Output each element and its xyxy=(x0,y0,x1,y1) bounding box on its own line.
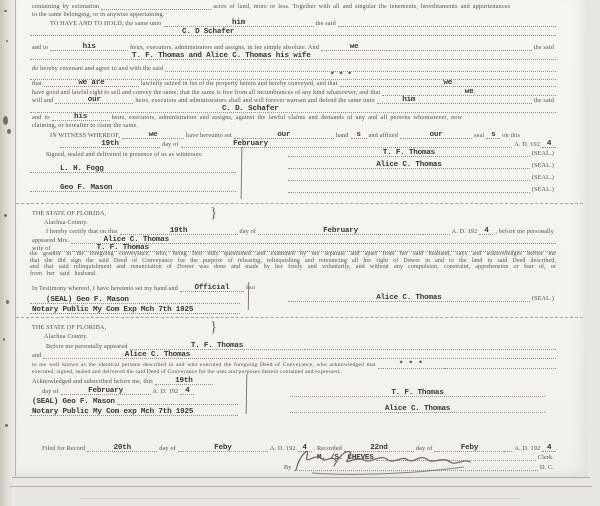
typed-entry: February xyxy=(86,387,125,395)
witness-signature-mason: Geo F. Mason xyxy=(30,182,236,192)
printed-text: A. D. 192 xyxy=(151,388,181,395)
dotted-leader: T. F. Thomas xyxy=(288,147,530,157)
printed-text: THE STATE OF FLORIDA, xyxy=(30,324,108,331)
scan-artifact-speck xyxy=(3,338,5,341)
seal-line-blank-2: (SEAL.) xyxy=(288,184,556,193)
county-brace: } xyxy=(210,206,217,221)
printed-text: day of xyxy=(40,388,61,395)
printed-text: THE STATE OF FLORIDA, xyxy=(30,210,108,217)
form-blank: 4 xyxy=(542,442,556,452)
scan-artifact-speck xyxy=(7,129,11,134)
scan-artifact-speck xyxy=(6,300,9,304)
notary-commission-2: Notary Public My Com exp Mch 7th 1925 xyxy=(30,406,238,416)
claiming-line: claiming, or hereafter to claim the same… xyxy=(30,120,556,129)
typed-entry: 4 xyxy=(545,444,553,452)
dotted-leader: T. F. Thomas xyxy=(290,387,545,397)
typed-entry: (SEAL) Geo F. Mason xyxy=(44,296,131,304)
printed-text: that xyxy=(30,80,44,87)
spacer xyxy=(30,139,60,148)
form-blank: 19th xyxy=(60,138,160,148)
grantee-name-line: C. D Schafer xyxy=(30,26,556,36)
spacer xyxy=(30,182,58,191)
typed-entry: Alice C. Thomas xyxy=(123,351,192,359)
page-bottom-edge-line xyxy=(12,477,590,478)
printed-text: (SEAL.) xyxy=(530,295,556,302)
spacer xyxy=(30,50,130,59)
typed-entry: 4 xyxy=(545,140,553,148)
typed-entry: 19th xyxy=(173,377,194,385)
section-separator xyxy=(16,203,583,204)
clerk-deputy-handwritten-signature xyxy=(292,444,472,476)
typed-entry: 19th xyxy=(99,140,120,148)
dotted-leader: Alice C. Thomas xyxy=(288,292,530,302)
typed-entry: Official xyxy=(192,284,231,292)
printed-text: Alachua County. xyxy=(42,219,90,226)
printed-text: Alachua County. xyxy=(42,333,90,340)
typed-entry: T. F. Thomas and Alice C. Thomas his wif… xyxy=(130,52,313,60)
seal-line-blank-1: (SEAL.) xyxy=(288,172,556,181)
scan-artifact-speck xyxy=(6,40,8,42)
printed-text: Acknowledged and subscribed before me, t… xyxy=(30,378,155,385)
seal-line-thomas: T. F. Thomas(SEAL.) xyxy=(288,148,556,157)
spacer xyxy=(30,163,58,172)
typed-entry: L. H. Fogg xyxy=(58,165,106,173)
printed-text: day of xyxy=(160,141,181,148)
printed-text: and xyxy=(30,352,43,359)
typed-entry: T. F. Thomas xyxy=(381,149,437,157)
printed-text: D. C. xyxy=(538,464,556,471)
typed-entry: Notary Public My Com Exp Mch 7th 1925 xyxy=(30,306,195,314)
page-bottom-edge-line xyxy=(80,498,520,499)
typed-entry: (SEAL) Geo F. Mason xyxy=(30,398,117,406)
typed-entry: T. F. Thomas xyxy=(389,389,445,397)
witness-signature-fogg: L. H. Fogg xyxy=(30,163,236,173)
typed-entry: Alice C. Thomas xyxy=(374,161,443,169)
alachua-county-2: Alachua County. xyxy=(42,331,556,340)
printed-text: claiming, or hereafter to claim the same… xyxy=(30,122,140,129)
seal-line-alice: Alice C. Thomas(SEAL.) xyxy=(288,160,556,169)
ack-signature-thomas: T. F. Thomas xyxy=(290,388,545,397)
typed-entry: Geo F. Mason xyxy=(58,184,114,192)
printed-text: Clerk. xyxy=(536,454,556,461)
form-blank: 4 xyxy=(542,138,556,148)
notary-seal-mason-2: (SEAL) Geo F. Mason xyxy=(30,396,238,405)
scan-artifact-speck xyxy=(4,214,7,217)
and-alice-line: andAlice C. Thomas xyxy=(30,350,556,359)
scan-edge-strip xyxy=(0,0,15,506)
form-blank: February xyxy=(61,385,151,395)
dotted-leader xyxy=(117,395,238,405)
scan-artifact-speck xyxy=(3,116,8,125)
state-of-florida-heading-1: THE STATE OF FLORIDA, xyxy=(30,208,556,217)
printed-text: (SEAL.) xyxy=(530,174,556,181)
printed-text: Seal xyxy=(244,285,257,292)
scan-artifact-speck xyxy=(5,424,8,427)
printed-text: to the same belonging, or in anywise app… xyxy=(30,11,166,18)
county-brace: } xyxy=(210,320,217,335)
printed-text: lawfully seized in fee of the property h… xyxy=(139,80,340,87)
dotted-leader: Alice C. Thomas xyxy=(288,159,530,169)
printed-text: day of xyxy=(157,445,178,452)
typed-entry: Alice C. Thomas xyxy=(374,294,443,302)
form-blank: Feby xyxy=(178,442,268,452)
grantors-name-line: T. F. Thomas and Alice C. Thomas his wif… xyxy=(30,50,556,60)
typed-entry: Feby xyxy=(212,444,233,452)
typed-entry: February xyxy=(231,140,270,148)
printed-text: (SEAL.) xyxy=(530,162,556,169)
notary-seal-mason-1: (SEAL) Geo F. Mason xyxy=(30,294,240,304)
printed-text: In Testimony whereof, I have hereunto se… xyxy=(30,285,180,292)
in-testimony-line: In Testimony whereof, I have hereunto se… xyxy=(30,283,250,292)
section-separator xyxy=(16,317,583,318)
ack-date-line: day ofFebruaryA. D. 1924 xyxy=(40,386,235,395)
typed-entry: 20th xyxy=(112,444,133,452)
dotted-leader xyxy=(288,171,530,181)
typed-entry: Alice C. Thomas xyxy=(383,405,452,413)
form-blank: 4 xyxy=(180,385,194,395)
form-blank: 19th xyxy=(155,375,213,385)
notary-commission-1: Notary Public My Com Exp Mch 7th 1925 xyxy=(30,304,240,314)
dower-relinquishment-paragraph: the grantor in the foregoing conveyance,… xyxy=(30,251,556,277)
spacer xyxy=(30,294,44,303)
dotted-leader: Alice C. Thomas xyxy=(290,403,545,413)
dotted-leader xyxy=(271,349,556,359)
form-blank: Alice C. Thomas xyxy=(43,349,271,359)
form-blank: 20th xyxy=(87,442,157,452)
executed-signed-line: executed, signed, sealed and delivered t… xyxy=(30,367,556,376)
printed-text: (SEAL.) xyxy=(530,150,556,157)
state-of-florida-heading-2: THE STATE OF FLORIDA, xyxy=(30,322,556,331)
form-blank: Official xyxy=(180,282,244,292)
scanned-deed-page: containing by estimationacres of land, m… xyxy=(0,0,600,506)
printed-text: (SEAL.) xyxy=(530,186,556,193)
spacer xyxy=(30,26,180,35)
scan-artifact-speck xyxy=(4,10,7,12)
printed-text: Filed for Record xyxy=(40,445,87,452)
acknowledged-line: Acknowledged and subscribed before me, t… xyxy=(30,376,235,385)
typed-entry: C. D Schafer xyxy=(180,28,236,36)
page-bottom-edge-line xyxy=(10,486,592,487)
typed-entry: 4 xyxy=(183,387,191,395)
ack-signature-alice: Alice C. Thomas xyxy=(290,404,545,413)
dotted-leader xyxy=(288,183,530,193)
typed-entry: Notary Public My Com exp Mch 7th 1925 xyxy=(30,408,195,416)
printed-text: Signed, sealed and delivered in presence… xyxy=(44,151,205,158)
form-blank: we are xyxy=(44,77,139,87)
typed-entry: we are xyxy=(76,79,106,87)
seal-line-alice-2: Alice C. Thomas(SEAL.) xyxy=(288,293,556,302)
